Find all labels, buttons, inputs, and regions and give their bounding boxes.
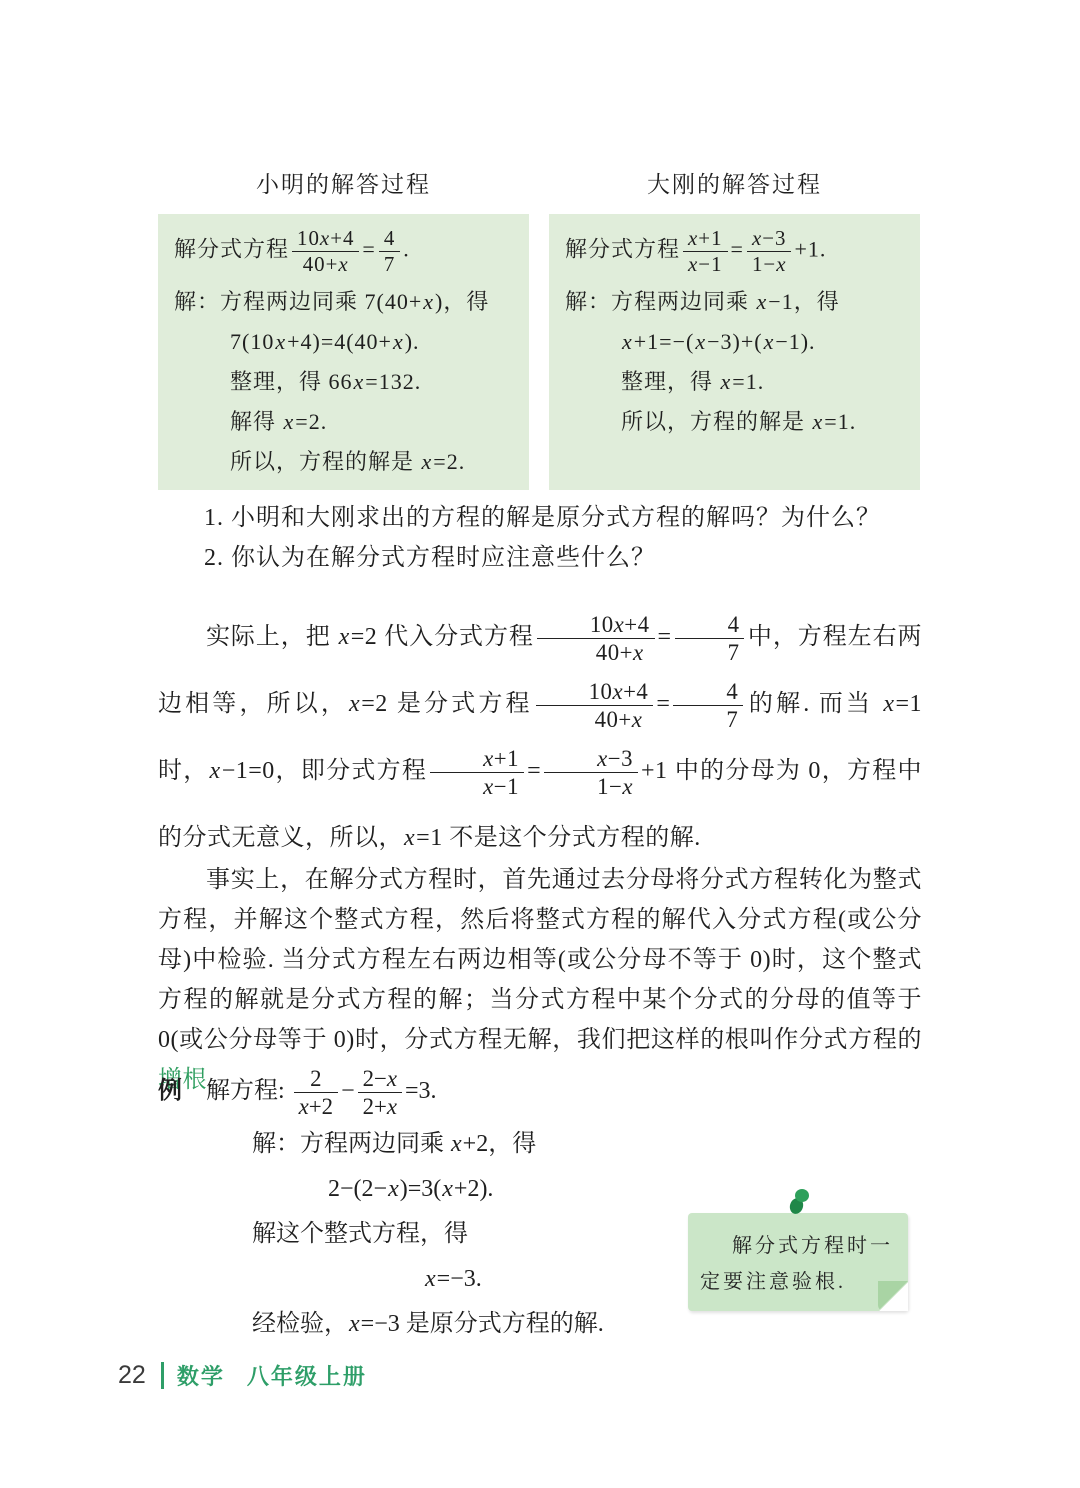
- dagang-title: 大刚的解答过程: [549, 166, 920, 199]
- math-expression: x=1: [882, 691, 922, 717]
- text-run: 解：方程两边同乘: [252, 1131, 450, 1157]
- math-expression: +1.: [794, 237, 826, 262]
- fraction: 47: [379, 226, 400, 277]
- math-expression: x+1=−(x−3)+(x−1).: [621, 329, 816, 354]
- text-run: 代入分式方程: [377, 624, 534, 650]
- math-expression: x=2.: [283, 409, 328, 434]
- fraction: x+1x−1: [683, 226, 728, 277]
- pushpin-icon: [789, 1189, 809, 1217]
- fraction: 2−x2+x: [358, 1065, 402, 1121]
- fraction: 10x+440+x: [537, 611, 655, 667]
- math-expression: x=2.: [421, 449, 466, 474]
- text-run: ，得: [794, 289, 840, 314]
- footer-divider: [161, 1362, 164, 1389]
- question-1: 1. 小明和大刚求出的方程的解是原分式方程的解吗？为什么？: [158, 498, 922, 538]
- solution-line: 整理，得 66x=132.: [174, 367, 519, 397]
- text-run: 解方程:: [182, 1078, 291, 1104]
- math-expression: x=1: [403, 825, 443, 851]
- text-run: 实际上，把: [206, 624, 338, 650]
- fraction: x+1x−1: [430, 745, 524, 801]
- note-text: 解分式方程时一定要注意验根.: [688, 1213, 908, 1306]
- solution-line: 解：方程两边同乘 7(40+x)，得: [174, 287, 519, 317]
- math-expression: =: [362, 237, 375, 262]
- question-2: 2. 你认为在解分式方程时应注意些什么？: [158, 538, 922, 578]
- text-run: 所以，方程的解是: [621, 409, 812, 434]
- example-result-line: x=−3.: [158, 1257, 718, 1302]
- text-run: ，得: [488, 1131, 536, 1157]
- solution-line: 解：方程两边同乘 x−1，得: [565, 287, 910, 317]
- solution-line: 所以，方程的解是 x=1.: [565, 407, 910, 437]
- text-run: 解得: [230, 409, 283, 434]
- text-run: 是原分式方程的解.: [400, 1311, 604, 1337]
- text-run: 解分式方程: [174, 237, 289, 262]
- math-expression: 7(40+x): [365, 289, 444, 314]
- solution-comparison: 小明的解答过程 解分式方程10x+440+x=47. 解：方程两边同乘 7(40…: [158, 166, 920, 490]
- dagang-solution-box: 解分式方程x+1x−1=x−31−x+1. 解：方程两边同乘 x−1，得 x+1…: [549, 214, 920, 490]
- math-expression: 7(10x+4)=4(40+x).: [230, 329, 420, 354]
- text-run: 解分式方程: [565, 237, 680, 262]
- textbook-page: 小明的解答过程 解分式方程10x+440+x=47. 解：方程两边同乘 7(40…: [0, 0, 1080, 1488]
- fraction: 10x+440+x: [536, 678, 654, 734]
- text-run: ，得: [443, 289, 489, 314]
- xiaoming-solution-box: 解分式方程10x+440+x=47. 解：方程两边同乘 7(40+x)，得 7(…: [158, 214, 529, 490]
- solution-line: x+1=−(x−3)+(x−1).: [565, 327, 910, 357]
- math-expression: +1: [641, 758, 668, 784]
- math-expression: x−1=0: [209, 758, 275, 784]
- xiaoming-title: 小明的解答过程: [158, 166, 529, 199]
- math-expression: −: [341, 1078, 355, 1104]
- math-expression: x=2: [348, 691, 388, 717]
- text-run: 时，: [158, 758, 209, 784]
- solution-line: 所以，方程的解是 x=2.: [174, 447, 519, 477]
- text-run: .: [403, 237, 410, 262]
- math-expression: x=2: [338, 624, 378, 650]
- text-run: 事实上，在解分式方程时，首先通过去分母将分式方程转化为整式方程，并解这个整式方程…: [158, 867, 922, 1053]
- example-equation-line: 2−(2−x)=3(x+2).: [158, 1167, 718, 1212]
- example-label: 例: [158, 1077, 182, 1104]
- example-problem-line: 例 解方程: 2x+2−2−x2+x=3.: [158, 1060, 718, 1122]
- text-run: 解：方程两边同乘: [174, 289, 365, 314]
- page-number: 22: [118, 1361, 146, 1390]
- discussion-questions: 1. 小明和大刚求出的方程的解是原分式方程的解吗？为什么？ 2. 你认为在解分式…: [158, 498, 922, 578]
- math-expression: 2−(2−x)=3(x+2).: [328, 1176, 493, 1202]
- xiaoming-column: 小明的解答过程 解分式方程10x+440+x=47. 解：方程两边同乘 7(40…: [158, 166, 529, 490]
- text-run: 解：方程两边同乘: [565, 289, 756, 314]
- solution-line: 解得 x=2.: [174, 407, 519, 437]
- math-expression: x=−3.: [424, 1266, 482, 1292]
- text-run: ，即分式方程: [275, 758, 427, 784]
- text-run: 整理，得: [230, 369, 329, 394]
- fraction: 47: [675, 611, 745, 667]
- math-expression: 66x=132.: [329, 369, 422, 394]
- fraction: 47: [673, 678, 743, 734]
- math-expression: =: [658, 624, 672, 650]
- fraction: x−31−x: [747, 226, 792, 277]
- solution-line: 解分式方程x+1x−1=x−31−x+1.: [565, 226, 910, 277]
- example-check-line: 经检验，x=−3 是原分式方程的解.: [158, 1302, 718, 1347]
- solution-line: 7(10x+4)=4(40+x).: [174, 327, 519, 357]
- math-expression: =: [527, 758, 541, 784]
- footer-subject: 数学: [177, 1360, 225, 1391]
- text-run: 解这个整式方程，得: [252, 1221, 468, 1247]
- footer-volume: 八年级上册: [247, 1360, 367, 1391]
- dagang-column: 大刚的解答过程 解分式方程x+1x−1=x−31−x+1. 解：方程两边同乘 x…: [549, 166, 920, 490]
- math-expression: x=−3: [348, 1311, 400, 1337]
- math-expression: x−1: [756, 289, 794, 314]
- math-expression: x=1.: [812, 409, 857, 434]
- solution-line: 解分式方程10x+440+x=47.: [174, 226, 519, 277]
- page-footer: 22 数学 八年级上册: [118, 1360, 367, 1391]
- text-run: 的解. 而当: [746, 691, 882, 717]
- folded-corner: [878, 1281, 908, 1311]
- fraction: 10x+440+x: [292, 226, 359, 277]
- fraction: x−31−x: [544, 745, 638, 801]
- text-run: 所以，方程的解是: [230, 449, 421, 474]
- math-expression: =: [656, 691, 670, 717]
- paragraph-verification: 实际上，把 x=2 代入分式方程10x+440+x=47中，方程左右两边相等，所…: [158, 604, 922, 872]
- solution-line: 整理，得 x=1.: [565, 367, 910, 397]
- math-expression: x+2: [450, 1131, 488, 1157]
- text-run: 是分式方程: [388, 691, 533, 717]
- text-run: 不是这个分式方程的解.: [443, 825, 701, 851]
- sticky-note: 解分式方程时一定要注意验根.: [688, 1213, 908, 1311]
- math-expression: =: [731, 237, 744, 262]
- math-expression: x=1.: [720, 369, 765, 394]
- example-step-line: 解这个整式方程，得: [158, 1212, 718, 1257]
- text-run: 整理，得: [621, 369, 720, 394]
- example-step-line: 解：方程两边同乘 x+2，得: [158, 1122, 718, 1167]
- text-run: 经检验，: [252, 1311, 348, 1337]
- fraction: 2x+2: [294, 1065, 338, 1121]
- worked-example: 例 解方程: 2x+2−2−x2+x=3. 解：方程两边同乘 x+2，得 2−(…: [158, 1060, 718, 1347]
- math-expression: =3.: [405, 1078, 437, 1104]
